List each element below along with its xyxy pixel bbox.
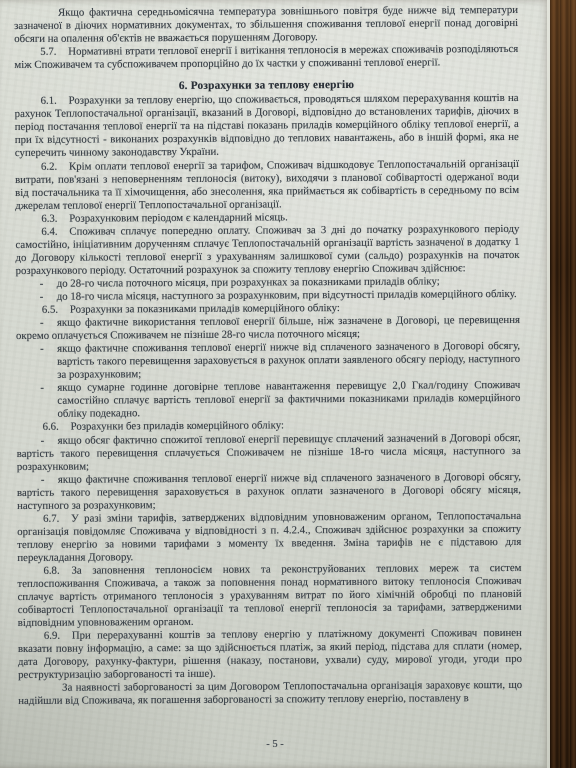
- clause-list-item: -якщо фактичне споживання теплової енерг…: [17, 471, 521, 513]
- clause-5-7-: 5.7.Нормативні втрати теплової енергії і…: [14, 43, 518, 72]
- clause-text: Розрахунки без приладів комерційного обл…: [71, 420, 284, 433]
- dash-marker: -: [40, 382, 57, 395]
- dash-marker: -: [40, 278, 57, 291]
- document-page: Якщо фактична середньомісячна температур…: [0, 0, 550, 768]
- clause-text: Розрахунки за теплову енергію, що спожив…: [15, 92, 519, 159]
- clause-6-8-: 6.8.За заповнення теплоносієм нових та р…: [17, 562, 521, 630]
- paragraph: Якщо фактична середньомісячна температур…: [14, 4, 518, 46]
- clause-number: 6.4.: [41, 225, 69, 238]
- clause-6-1-: 6.1.Розрахунки за теплову енергію, що сп…: [15, 92, 519, 160]
- dash-marker: -: [40, 291, 57, 304]
- clause-number: 6.9.: [44, 630, 72, 643]
- clause-6-4-: 6.4.Споживач сплачує попередню оплату. С…: [15, 223, 519, 278]
- clause-number: 6.2.: [41, 160, 69, 173]
- document-body: Якщо фактична середньомісячна температур…: [14, 4, 522, 709]
- list-item-text: якщо обсяг фактично спожитої теплової ен…: [17, 431, 521, 472]
- clause-text: Споживач сплачує попередню оплату. Спожи…: [15, 223, 519, 277]
- clause-text: Нормативні втрати теплової енергії і вит…: [14, 43, 518, 71]
- clause-text: Крім оплати теплової енергії за тарифом,…: [15, 157, 519, 211]
- list-item-text: до 18-го числа місяця, наступного за роз…: [57, 288, 517, 303]
- clause-list-item: -якщо сумарне годинне договірне теплове …: [16, 379, 520, 421]
- dash-marker: -: [41, 434, 58, 447]
- clause-number: 6.7.: [43, 512, 71, 525]
- dash-marker: -: [40, 317, 57, 330]
- clause-list-item: -якщо фактичне використання теплової ене…: [16, 314, 520, 343]
- clause-number: 6.3.: [41, 212, 69, 225]
- clause-number: 6.6.: [43, 421, 71, 434]
- list-item-text: якщо фактичне споживання теплової енергі…: [17, 471, 521, 512]
- clause-6-7-: 6.7.У разі зміни тарифів, затверджених в…: [17, 510, 521, 565]
- list-item-text: якщо фактичне використання теплової енер…: [16, 314, 520, 342]
- clause-6-2-: 6.2.Крім оплати теплової енергії за тари…: [15, 157, 519, 212]
- clause-text: За заповнення теплоносієм нових та рекон…: [17, 562, 521, 629]
- clause-list-item: -якщо фактичне споживання теплової енерг…: [16, 340, 520, 382]
- dash-marker: -: [40, 343, 57, 356]
- dash-marker: -: [41, 473, 58, 486]
- clause-text: При перерахуванні коштів за теплову енер…: [18, 627, 522, 681]
- clause-list-item: -якщо обсяг фактично спожитої теплової е…: [17, 431, 521, 473]
- list-item-text: якщо фактичне споживання теплової енергі…: [57, 340, 520, 381]
- clause-number: 6.8.: [43, 565, 71, 578]
- paragraph: За наявності заборгованості за цим Догов…: [18, 679, 522, 708]
- clause-number: 6.1.: [41, 95, 69, 108]
- clause-text: У разі зміни тарифів, затверджених відпо…: [17, 510, 521, 564]
- list-item-text: якщо сумарне годинне договірне теплове н…: [57, 379, 520, 420]
- clause-6-9-: 6.9.При перерахуванні коштів за теплову …: [18, 627, 522, 682]
- clause-text: Розрахунки за показниками приладів комер…: [70, 302, 340, 316]
- clause-text: Розрахунковим періодом є календарний міс…: [69, 211, 288, 224]
- list-item-text: до 28-го числа поточного місяця, при роз…: [57, 275, 440, 289]
- page-number: - 5 -: [0, 739, 550, 750]
- clause-number: 5.7.: [40, 46, 68, 59]
- clause-number: 6.5.: [42, 304, 70, 317]
- scanned-document-photo: Якщо фактична середньомісячна температур…: [0, 0, 576, 768]
